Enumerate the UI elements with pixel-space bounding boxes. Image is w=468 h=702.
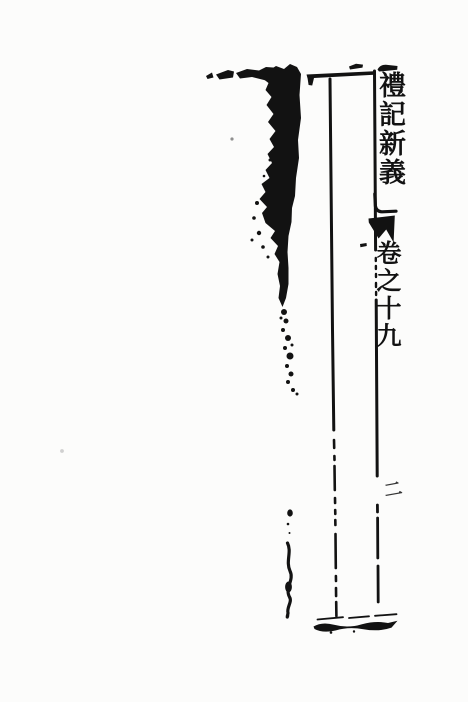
ink-blotch xyxy=(251,64,302,396)
top-dash-mark xyxy=(349,64,363,70)
stray-specks xyxy=(60,137,367,453)
title-box-corner-bracket xyxy=(375,194,396,212)
book-title: 禮記新義 xyxy=(376,71,403,187)
center-fold-line xyxy=(330,79,336,616)
page-frame-top-line xyxy=(307,71,375,85)
volume-label: 卷之十九 xyxy=(375,240,400,350)
fishtail-mark xyxy=(369,216,395,243)
ink-squiggle xyxy=(285,509,293,617)
scanned-book-page: 禮記新義 卷之十九 二 xyxy=(0,0,468,702)
bottom-rule xyxy=(314,614,398,634)
page-number: 二 xyxy=(381,479,402,500)
